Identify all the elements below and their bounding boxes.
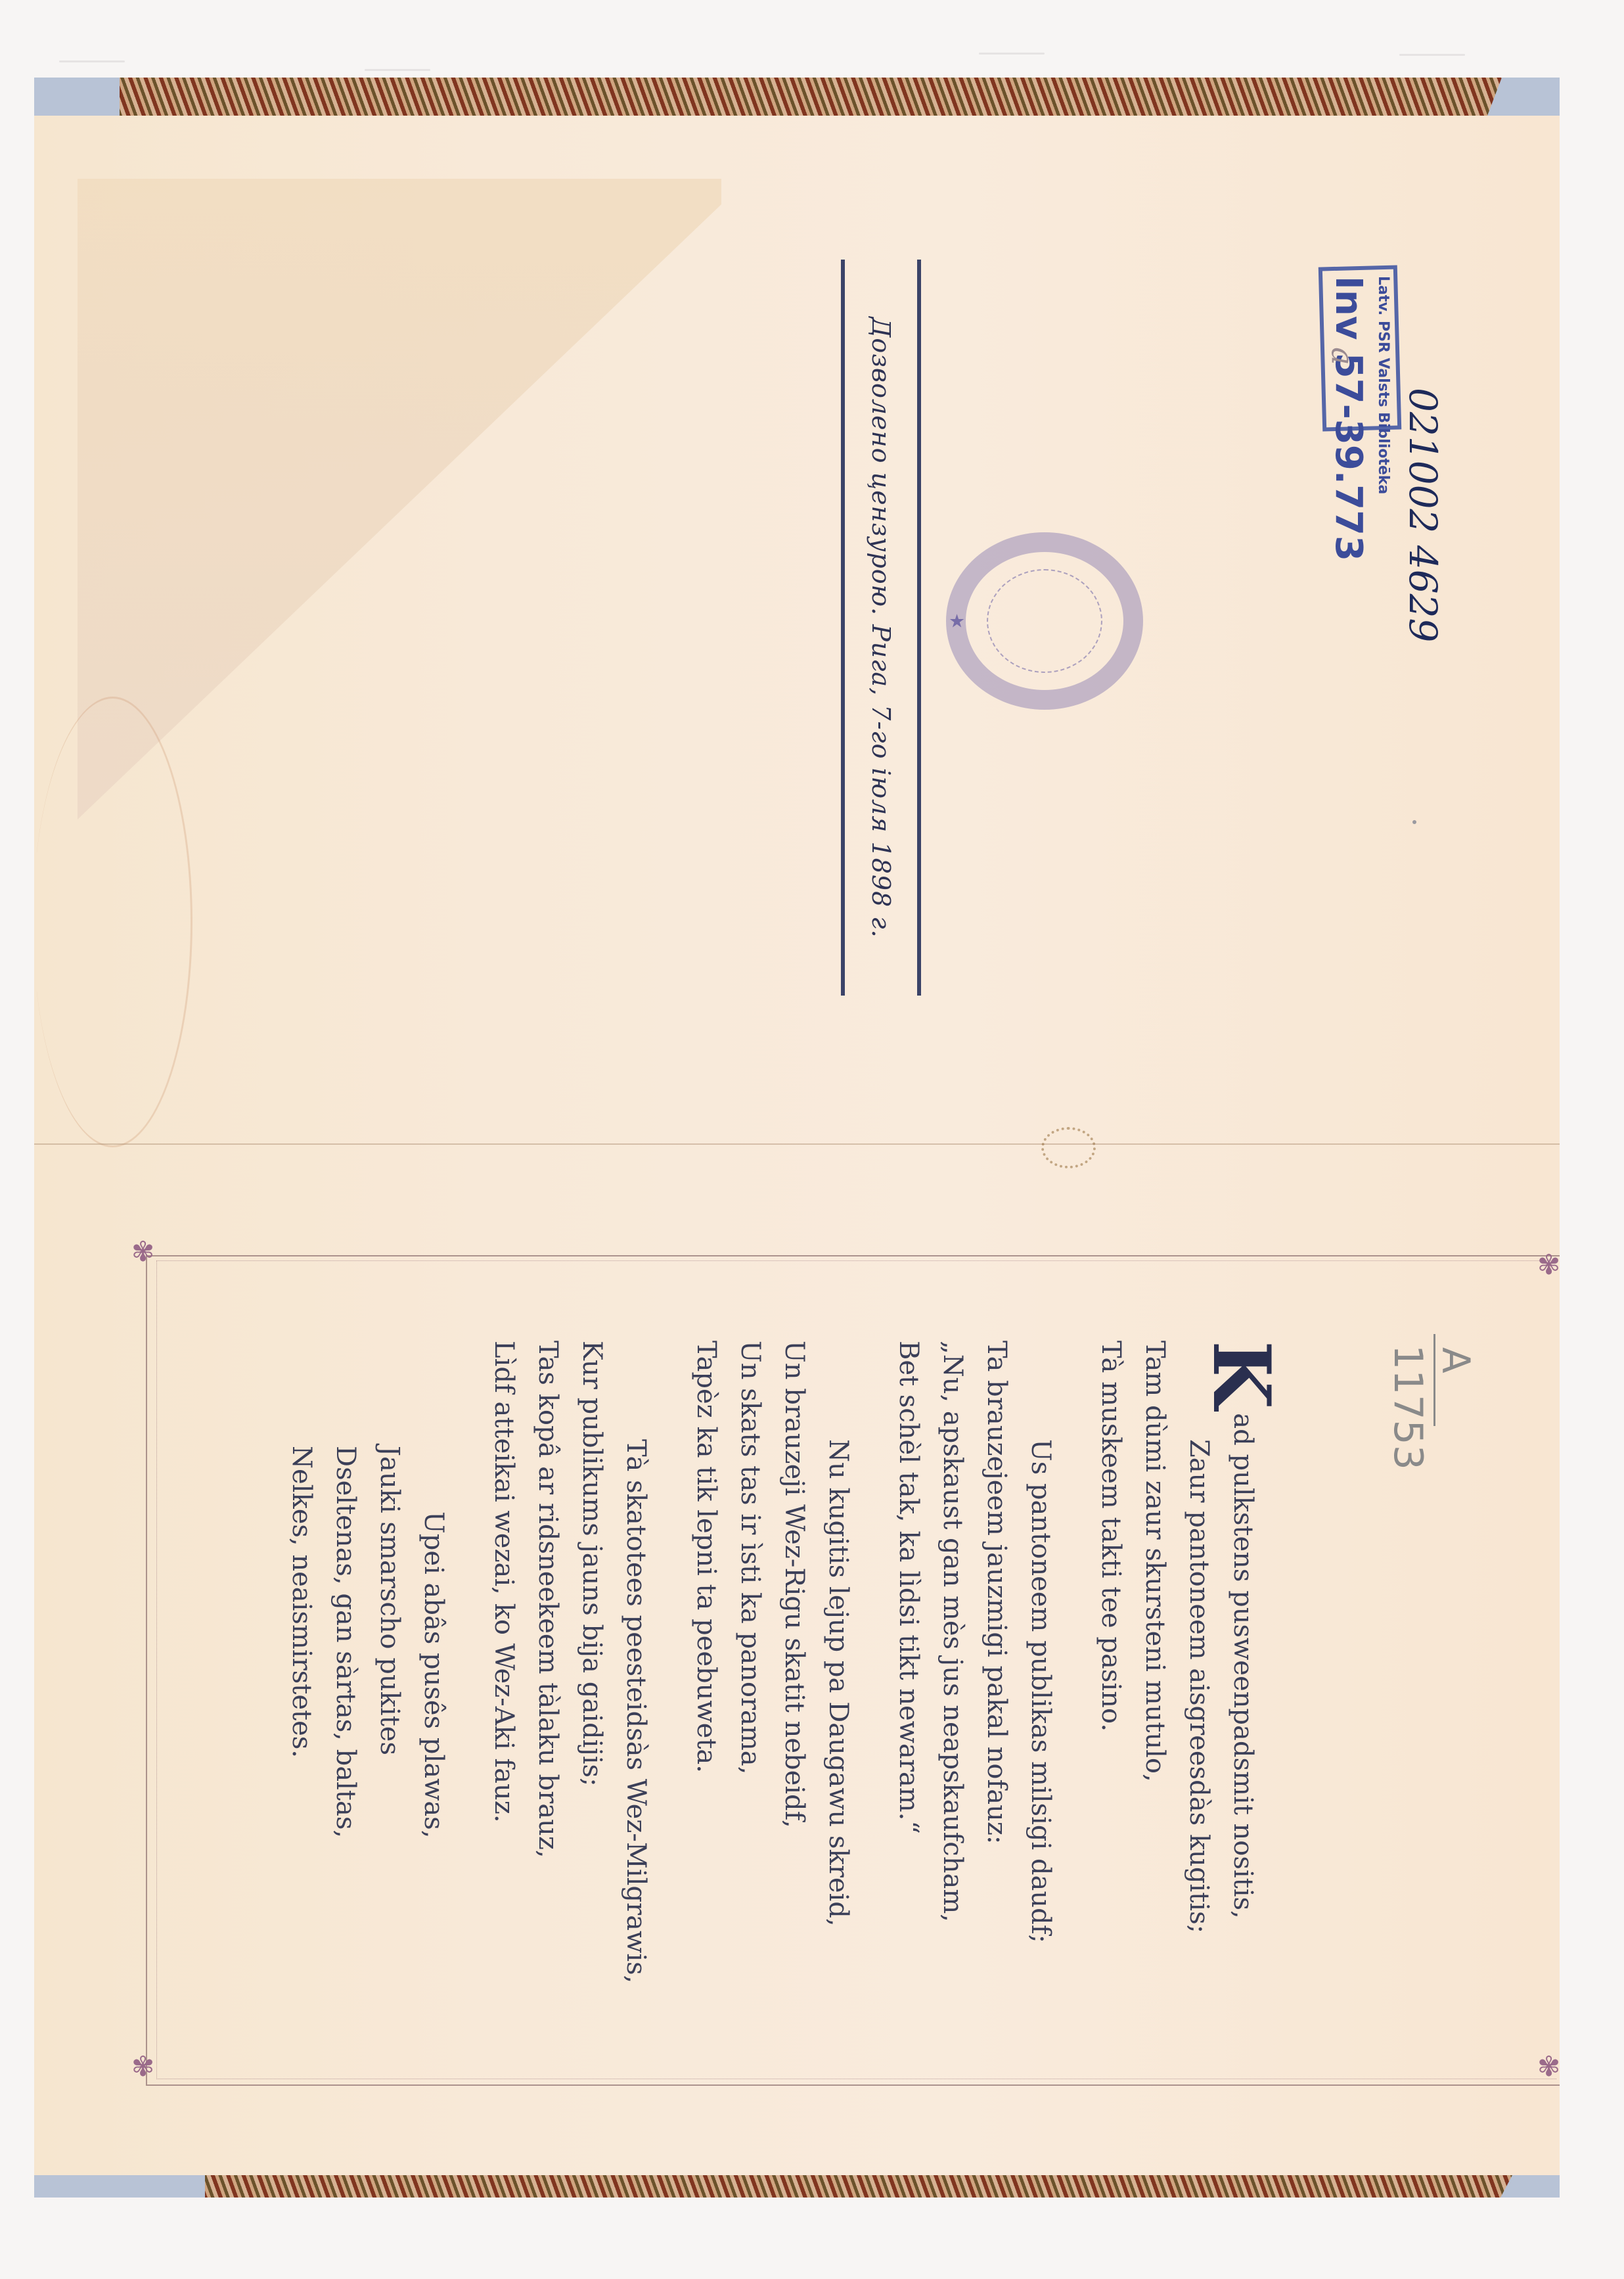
poem-line: Tam dùmi zaur skursteni mutulo, <box>1133 1341 1177 1983</box>
shelf-mark: A 11753 <box>1393 1308 1478 1525</box>
staple-stain <box>1041 1127 1096 1168</box>
poem-line: Lìdf atteikai wezai, ko Wez-Aki fauz. <box>482 1341 526 1983</box>
censorship-note: Дозволено цензурою. Рига, 7-го іюля 1898… <box>867 317 895 938</box>
poem-line: Us pantoneem publikas milsigi daudf; <box>1018 1341 1062 1983</box>
poem-line: Tas kopâ ar ridsneekeem tàlaku brauz, <box>526 1341 570 1983</box>
stanza-2: Us pantoneem publikas milsigi daudf; Ta … <box>886 1341 1062 1983</box>
poem-line: Nelkes, neaismirstetes. <box>279 1341 323 1983</box>
poem-line: ad pulkstens pusweenpadsmit nositis, <box>1221 1341 1265 1983</box>
scanner-mark <box>1399 54 1465 56</box>
floral-corner-ornament-icon: ✾ <box>1537 2050 1560 2083</box>
inventory-stamp-number: Inv 57-39.773 <box>1327 276 1370 561</box>
shelf-mark-letter: A <box>1433 1347 1478 1373</box>
censorship-block: Дозволено цензурою. Рига, 7-го іюля 1898… <box>841 260 921 996</box>
inventory-stamp-library: Latv. PSR Valsts Bibliotēka <box>1375 276 1391 494</box>
marbled-edge-top <box>34 78 1560 116</box>
poem-line: Zaur pantoneem aisgreesdàs kugitis; <box>1177 1341 1221 1983</box>
poem-line: Un skats tas ir ìsti ka panorama, <box>728 1341 772 1983</box>
scanner-mark <box>979 53 1045 55</box>
library-round-stamp: ★ LATV. PSR VALSTS BIBLIOTEKA <box>946 532 1143 710</box>
poem-line: Dseltenas, gan sàrtas, baltas, <box>323 1341 367 1983</box>
marbled-edge-bottom <box>34 2175 1560 2198</box>
poem-line: Nu kugitis lejup pa Daugawu skreid, <box>816 1341 860 1983</box>
poem-line: „Nu, apskaust gan mès jus neapskaufcham, <box>930 1341 974 1983</box>
floral-corner-ornament-icon: ✾ <box>1537 1249 1560 1281</box>
poem-line: Tà muskeem takti tee pasino. <box>1089 1341 1133 1983</box>
scanner-mark <box>59 60 125 62</box>
scanner-mark <box>365 69 430 71</box>
poem: K ad pulkstens pusweenpadsmit nositis, Z… <box>253 1341 1265 1983</box>
pencil-mark: a <box>1325 347 1361 365</box>
stanza-1: K ad pulkstens pusweenpadsmit nositis, Z… <box>1089 1341 1265 1983</box>
drop-cap: K <box>1215 1341 1267 1409</box>
poem-line: Jauki smarscho pukites <box>367 1341 411 1983</box>
stanza-3: Nu kugitis lejup pa Daugawu skreid, Un b… <box>684 1341 860 1983</box>
poem-line: Un brauzeji Wez-Rigu skatit nebeidf, <box>772 1341 816 1983</box>
star-icon: ★ <box>949 610 965 632</box>
shelf-mark-number: 11753 <box>1385 1345 1431 1470</box>
poem-line: Kur publikums jauns bija gaidijis; <box>570 1341 614 1983</box>
poem-line: Tà skatotees peesteidsàs Wez-Milgrawis, <box>614 1341 658 1983</box>
stanza-4: Tà skatotees peesteidsàs Wez-Milgrawis, … <box>482 1341 658 1983</box>
floral-corner-ornament-icon: ✾ <box>131 2050 154 2083</box>
poem-line: Tapèz ka tik lepni ta peebuweta. <box>684 1341 728 1983</box>
floral-corner-ornament-icon: ✾ <box>131 1235 154 1268</box>
ink-dot <box>1412 820 1416 824</box>
handwritten-number: 021002 4629 <box>1401 388 1445 642</box>
stanza-5: Upei abâs pusês plawas, Jauki smarscho p… <box>279 1341 455 1983</box>
water-stain <box>33 697 192 1147</box>
center-fold <box>34 1143 1560 1145</box>
poem-line: Ta brauzejeem jauzmigi pakal nofauz: <box>974 1341 1018 1983</box>
poem-line: Bet schèl tak, ka lìdsi tikt newaram.“ <box>886 1341 930 1983</box>
poem-line: Upei abâs pusês plawas, <box>411 1341 455 1983</box>
